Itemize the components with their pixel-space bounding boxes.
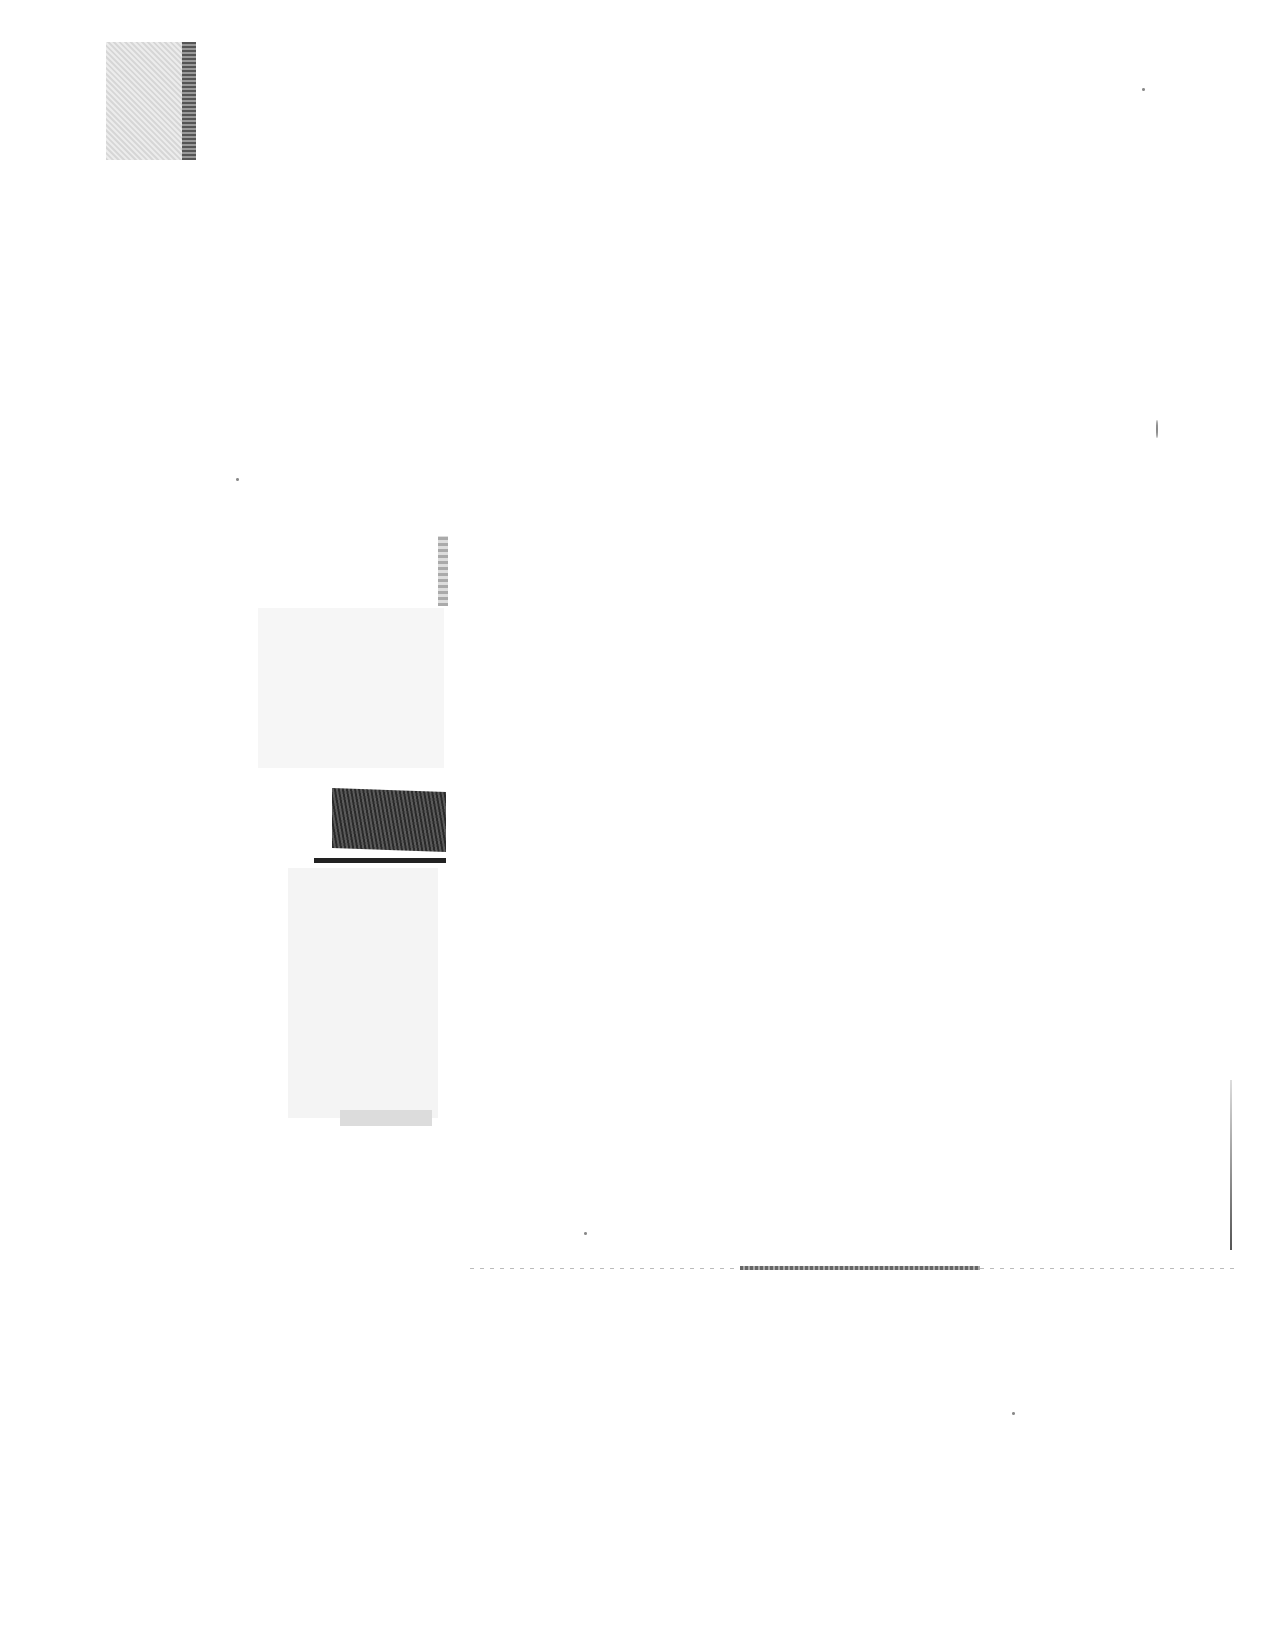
scan-line-vertical xyxy=(1230,1080,1232,1250)
dark-scan-artifact-base xyxy=(314,858,446,863)
scan-speck xyxy=(236,478,239,481)
faint-scan-region-edge xyxy=(340,1110,432,1126)
corner-scan-edge xyxy=(182,42,196,160)
scan-speck xyxy=(1142,88,1145,91)
scan-speck xyxy=(584,1232,587,1235)
faint-scan-region-lower xyxy=(288,868,438,1118)
faint-scan-region-upper xyxy=(258,608,444,768)
scan-speck xyxy=(1012,1412,1015,1415)
scan-line-horizontal-dense xyxy=(740,1266,980,1270)
dark-scan-artifact xyxy=(332,788,446,852)
scan-speck xyxy=(1156,420,1158,438)
scan-artifact-strip xyxy=(438,536,448,606)
